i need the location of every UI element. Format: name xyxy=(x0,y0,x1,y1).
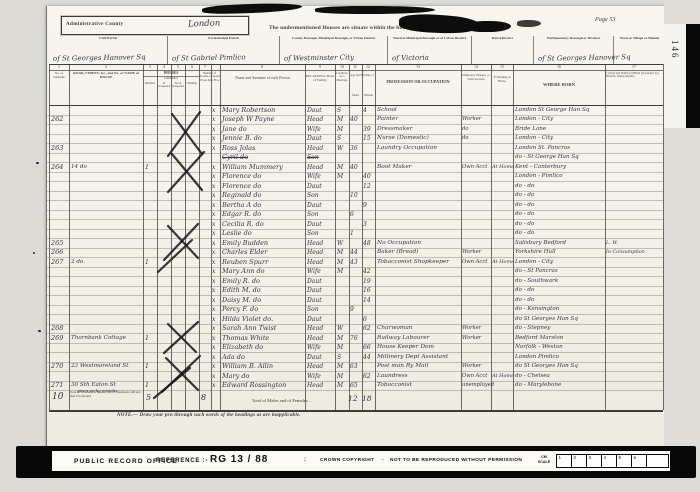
separator: - xyxy=(382,458,384,463)
cell-tick: x xyxy=(212,286,220,295)
cell-emp: Worker xyxy=(462,334,491,343)
cell-f: 48 xyxy=(363,239,375,248)
cell-f: 6 xyxy=(363,315,375,324)
col-header-0: No. of Schedule xyxy=(49,70,69,105)
cell-f: 16 xyxy=(363,286,375,295)
cell-cond: M xyxy=(337,115,349,124)
cell-addr: 14 do xyxy=(71,163,143,172)
cell-f: 39 xyxy=(363,125,375,134)
col-header-4: RELATION to Head of Family xyxy=(305,70,335,105)
cell-rel: Wife xyxy=(307,372,335,381)
cell-born: do - do xyxy=(515,210,605,219)
cell-tick: x xyxy=(212,201,220,210)
parish-field-value: of St Georges Hanover Sq xyxy=(53,53,146,63)
parish-field-value: of Victoria xyxy=(392,54,429,63)
cell-name: Edith M. do xyxy=(222,286,305,295)
cell-f: 44 xyxy=(363,353,375,362)
cell-tick: x xyxy=(212,191,220,200)
cell-cond: M xyxy=(337,362,349,371)
cell-f: 62 xyxy=(363,372,375,381)
cell-born: do - Southwark xyxy=(515,277,605,286)
age-group-label: Age last Birthday of xyxy=(349,70,375,90)
cell-born: London - City xyxy=(515,115,605,124)
cell-tick: x xyxy=(212,248,220,257)
cell-sched: 271 xyxy=(51,381,69,390)
cell-name: Jane do xyxy=(222,125,305,134)
cell-born: do - do xyxy=(515,201,605,210)
cell-tick: x xyxy=(212,182,220,191)
cell-cond: M xyxy=(337,258,349,267)
cell-sched: 262 xyxy=(51,115,69,124)
cell-inf: In Consumption xyxy=(606,248,662,257)
scan-speck xyxy=(33,252,35,254)
reference-label: REFERENCE :- xyxy=(156,458,208,464)
parish-field-0: Civil Parishof St Georges Hanover Sq xyxy=(49,36,167,64)
cell-f: 4 xyxy=(363,106,375,115)
cell-cond: M xyxy=(337,163,349,172)
cell-name: Ross Jolas xyxy=(222,144,305,153)
cell-tick: x xyxy=(212,125,220,134)
cell-rel: Head xyxy=(307,324,335,333)
cell-born: London St George Han Sq xyxy=(515,106,605,115)
cell-name: Percy F. do xyxy=(222,305,305,314)
cell-sched: 270 xyxy=(51,362,69,371)
houses-sub-label: Inhabited xyxy=(143,83,157,86)
cell-rel: Wife xyxy=(307,172,335,181)
cell-cond: S xyxy=(337,106,349,115)
cell-f: 15 xyxy=(363,134,375,143)
cell-emp: Worker xyxy=(462,324,491,333)
cell-tick: x xyxy=(212,305,220,314)
cell-name: Elizabeth do xyxy=(222,343,305,352)
cell-cond: M xyxy=(337,172,349,181)
cell-emp: do xyxy=(462,134,491,143)
cell-tick: x xyxy=(212,172,220,181)
parish-field-label: Ward of Municipal Borough or of Urban Di… xyxy=(388,37,471,41)
total-houses: 5 xyxy=(146,393,158,402)
cell-rel: Daut xyxy=(307,315,335,324)
table-rule-bottom xyxy=(49,410,663,412)
cell-born: London - Pimlico xyxy=(515,172,605,181)
cell-occ: Charwoman xyxy=(377,324,461,333)
col-header-age: Age last Birthday ofMalesFemales xyxy=(349,70,375,105)
cell-cond: M xyxy=(337,125,349,134)
scan-speck xyxy=(38,330,41,332)
census-form-paper: Administrative County London The underme… xyxy=(46,6,665,448)
parish-field-label: Parliamentary Borough or Division xyxy=(534,37,613,41)
cell-f: 62 xyxy=(363,324,375,333)
cell-rel: Daut xyxy=(307,277,335,286)
cell-f: 19 xyxy=(363,277,375,286)
cell-name: Thomas White xyxy=(222,334,305,343)
cell-rel: Daut xyxy=(307,201,335,210)
cell-tick: x xyxy=(212,229,220,238)
houses-sub-label: In Occupation xyxy=(157,83,171,89)
parish-field-label: Civil Parish xyxy=(49,37,167,41)
cell-name: Mary do xyxy=(222,372,305,381)
parish-field-2: County Borough, Municipal Borough, or Ur… xyxy=(279,36,387,64)
cell-name: Cecilia R. do xyxy=(222,220,305,229)
cell-rel: Head xyxy=(307,248,335,257)
scanned-census-page: Administrative County London The underme… xyxy=(0,0,700,492)
cell-tick: x xyxy=(212,163,220,172)
cell-rel: Head xyxy=(307,334,335,343)
cell-tick: x xyxy=(212,106,220,115)
cell-tick: x xyxy=(212,239,220,248)
page-number: Page 53 xyxy=(595,16,615,23)
cell-born: do - do xyxy=(515,296,605,305)
col-header-8: If Working at Home xyxy=(491,70,513,105)
cell-m: 44 xyxy=(350,248,362,257)
cell-f: 42 xyxy=(363,267,375,276)
cell-name: Charles Elder xyxy=(222,248,305,257)
total-males-females-label: Total of Males and of Females… xyxy=(217,396,347,405)
cell-born: do - do xyxy=(515,286,605,295)
cell-f: 40 xyxy=(363,172,375,181)
cell-name: Bertha A do xyxy=(222,201,305,210)
cell-born: Salisbury Bedford xyxy=(515,239,605,248)
cell-sched: 264 xyxy=(51,163,69,172)
cell-occ: Baker (Bread) xyxy=(377,248,461,257)
cell-name: Mary Ann do xyxy=(222,267,305,276)
cell-f: 66 xyxy=(363,343,375,352)
cell-tick: x xyxy=(212,210,220,219)
cell-m: 40 xyxy=(350,115,362,124)
cell-born: do - do xyxy=(515,229,605,238)
cell-emp: Worker xyxy=(462,115,491,124)
cell-cond: S xyxy=(337,353,349,362)
cell-rel: Head xyxy=(307,258,335,267)
cell-m: 76 xyxy=(350,334,362,343)
separator: : xyxy=(304,457,306,463)
cell-born: do - St Pancras xyxy=(515,267,605,276)
cell-name: William Mummery xyxy=(222,163,305,172)
cell-name: Mary Robertson xyxy=(222,106,305,115)
cell-name: Edward Rossington xyxy=(222,381,305,390)
cell-occ: Painter xyxy=(377,115,461,124)
cell-occ: Railway Labourer xyxy=(377,334,461,343)
cell-tick: x xyxy=(212,134,220,143)
cell-sched: 268 xyxy=(51,324,69,333)
col-header-9: WHERE BORN xyxy=(513,70,605,105)
cell-name: William B. Allin xyxy=(222,362,305,371)
cm-scale-segment-empty xyxy=(646,454,669,468)
cell-born: do - St George Han Sq xyxy=(515,153,605,162)
cell-tick: x xyxy=(212,296,220,305)
col-header-5: Condition as to Marriage xyxy=(335,70,349,105)
cell-rel: Head xyxy=(307,115,335,124)
cell-f: 12 xyxy=(363,182,375,191)
houses-group-label: HOUSES xyxy=(143,70,199,77)
cell-cond: W xyxy=(337,239,349,248)
cell-cond: M xyxy=(337,372,349,381)
cell-m: 1 xyxy=(350,229,362,238)
cell-m: 43 xyxy=(350,258,362,267)
col-header-1: ROAD, STREET, &c., and No. or NAME of HO… xyxy=(69,70,143,105)
cell-occ: Boot Maker xyxy=(377,163,461,172)
cell-rel: Head xyxy=(307,144,335,153)
cell-f: 3 xyxy=(363,220,375,229)
cell-born: do - do xyxy=(515,220,605,229)
cell-tick: x xyxy=(212,353,220,362)
cell-name: Reginald do xyxy=(222,191,305,200)
cell-tick: x xyxy=(212,115,220,124)
cell-born: do - Marylebone xyxy=(515,381,605,390)
cell-emp: unemployed xyxy=(462,381,491,390)
age-females-label: Females xyxy=(362,94,375,97)
cell-born: London Pimlico xyxy=(515,353,605,362)
parish-field-label: Town or Village or Hamlet xyxy=(614,37,665,41)
cell-occ: Laundry Occupation xyxy=(377,144,461,153)
cell-sched: 266 xyxy=(51,248,69,257)
cell-occ: House Keeper Dom xyxy=(377,343,461,352)
parish-field-label: Rural District xyxy=(472,37,533,41)
cell-born: Kent - Canterbury xyxy=(515,163,605,172)
totals-row: 10Total of Schedules of Houses and of Te… xyxy=(47,390,663,410)
cell-tick: x xyxy=(212,362,220,371)
cell-tick: x xyxy=(212,372,220,381)
cell-rel: Daut xyxy=(307,106,335,115)
cell-tick: x xyxy=(212,334,220,343)
parish-field-value: of Westminster City xyxy=(284,53,354,62)
houses-sub-label: Building xyxy=(185,83,199,86)
cell-f: 14 xyxy=(363,296,375,305)
cell-occ: Post man Ry Mail xyxy=(377,362,461,371)
cell-m: 63 xyxy=(350,362,362,371)
cell-rel: Head xyxy=(307,362,335,371)
cell-f: 9 xyxy=(363,201,375,210)
cell-tick: x xyxy=(212,267,220,276)
parish-field-3: Ward of Municipal Borough or of Urban Di… xyxy=(387,36,471,64)
cell-born: Bedford Marston xyxy=(515,334,605,343)
parish-field-label: Ecclesiastical Parish xyxy=(168,37,279,41)
cell-rel: Daut xyxy=(307,134,335,143)
cell-addr: 2 do. xyxy=(71,258,143,267)
cell-rel: Head xyxy=(307,239,335,248)
cell-born: do - Stepney xyxy=(515,324,605,333)
parish-field-value: of St Gabriel Pimlico xyxy=(172,53,246,62)
cell-born: do St Georges Han Sq xyxy=(515,362,605,371)
col-header-6: PROFESSION OR OCCUPATION xyxy=(375,70,461,105)
cell-cond: W xyxy=(337,324,349,333)
cell-sched: 267 xyxy=(51,258,69,267)
cell-occ: Tobacconist Shopkeeper xyxy=(377,258,461,267)
cell-tick: x xyxy=(212,324,220,333)
scan-speck xyxy=(36,162,39,164)
cell-tick: x xyxy=(212,381,220,390)
cell-home: At Home xyxy=(492,163,513,172)
cell-inhab: 1 xyxy=(145,258,157,267)
cell-rel: Wife xyxy=(307,343,335,352)
col-header-10: (1) Deaf and Dumb (2) Blind (3) Lunatic … xyxy=(605,70,663,105)
cell-name: Hilda Violet do. xyxy=(222,315,305,324)
cell-born: Yorkshire Hull xyxy=(515,248,605,257)
administrative-county-box: Administrative County London xyxy=(61,16,249,35)
parish-field-4: Rural District xyxy=(471,36,533,64)
cell-sched: 265 xyxy=(51,239,69,248)
reproduction-notice: NOT TO BE REPRODUCED WITHOUT PERMISSION xyxy=(390,458,522,463)
cell-born: do St Georges Han Sq xyxy=(515,315,605,324)
cell-name: Reuben Spurr xyxy=(222,258,305,267)
cell-tick: x xyxy=(212,277,220,286)
col-header-7: Employer, Worker, or Own account xyxy=(461,70,491,105)
pro-footer-bar: PUBLIC RECORD OFFICE REFERENCE :- RG 13 … xyxy=(52,451,670,471)
houses-sub-label: Not in Occupation xyxy=(171,83,185,89)
parish-field-label: County Borough, Municipal Borough, or Ur… xyxy=(280,37,387,41)
cell-emp: Worker xyxy=(462,248,491,257)
cell-inf: L. W. xyxy=(606,239,662,248)
col-header-houses: HOUSESUninhabitedInhabitedIn OccupationN… xyxy=(143,70,199,105)
ink-smudge xyxy=(202,2,302,14)
cell-name: Leslie do xyxy=(222,229,305,238)
cell-born: London - City xyxy=(515,134,605,143)
cell-sched: 269 xyxy=(51,334,69,343)
cm-scale-label: CM SCALE xyxy=(536,455,552,464)
cell-cond: S xyxy=(337,134,349,143)
cell-emp: Own Acct xyxy=(462,163,491,172)
cell-rel: Son xyxy=(307,305,335,314)
cell-addr: Thornbank Cottage xyxy=(71,334,143,343)
cell-m: 9 xyxy=(350,305,362,314)
cell-m: 36 xyxy=(350,144,362,153)
total-females: 18 xyxy=(362,394,376,403)
cell-rel: Daut xyxy=(307,286,335,295)
age-males-label: Males xyxy=(349,94,362,97)
col-header-2: Number of Rooms occupied if less than Fi… xyxy=(199,70,220,105)
parish-field-5: Parliamentary Borough or Divisionof St G… xyxy=(533,36,613,64)
cell-occ: Laundress xyxy=(377,372,461,381)
cell-born: Norfolk - Weston xyxy=(515,343,605,352)
total-schedules: 10 xyxy=(52,393,68,402)
cell-born: do - do xyxy=(515,182,605,191)
cell-born: London St. Pancras xyxy=(515,144,605,153)
cell-name: Emily R. do xyxy=(222,277,305,286)
cell-name: Edgar R. do xyxy=(222,210,305,219)
cell-born: Bride Lane xyxy=(515,125,605,134)
cell-name: Emily Budden xyxy=(222,239,305,248)
cell-occ: No Occupation xyxy=(377,239,461,248)
cell-inhab: 1 xyxy=(145,334,157,343)
cell-inhab: 1 xyxy=(145,381,157,390)
cell-name: Ada do xyxy=(222,353,305,362)
cell-name: Jennie B. do xyxy=(222,134,305,143)
cell-born: do - Kensington xyxy=(515,305,605,314)
cell-m: 6 xyxy=(350,210,362,219)
cell-rel: Wife xyxy=(307,125,335,134)
cell-born: do - do xyxy=(515,191,605,200)
crown-copyright-label: CROWN COPYRIGHT xyxy=(320,458,375,463)
cell-emp: Own Acct xyxy=(462,372,491,381)
cell-inhab: 1 xyxy=(145,163,157,172)
total-males: 12 xyxy=(348,394,361,403)
cell-home: At Home xyxy=(492,258,513,267)
cell-born: do - Chelsea xyxy=(515,372,605,381)
cell-cond: M xyxy=(337,343,349,352)
scan-black-edge xyxy=(686,24,700,128)
parish-field-6: Town or Village or Hamlet xyxy=(613,36,665,64)
cell-name: Sarah Ann Twist xyxy=(222,324,305,333)
reference-number: RG 13 / 88 xyxy=(210,454,268,465)
cell-m: 40 xyxy=(350,163,362,172)
cell-cond: M xyxy=(337,248,349,257)
cell-rel: Son xyxy=(307,153,335,162)
cell-inhab: 1 xyxy=(145,362,157,371)
cell-name: Florence do xyxy=(222,182,305,191)
parish-field-1: Ecclesiastical Parishof St Gabriel Pimli… xyxy=(167,36,279,64)
cell-rel: Head xyxy=(307,381,335,390)
ink-smudge xyxy=(517,20,541,27)
cell-name: Florence do xyxy=(222,172,305,181)
footnote: NOTE.— Draw your pen through such words … xyxy=(117,413,301,418)
cell-rel: Son xyxy=(307,229,335,238)
cell-rel: Wife xyxy=(307,267,335,276)
cell-occ: Millinery Dept Assistant xyxy=(377,353,461,362)
cell-tick: x xyxy=(212,144,220,153)
folio-stamp: 146 xyxy=(670,40,680,58)
cell-rel: Daut xyxy=(307,220,335,229)
cell-addr: 23 Westmoreland St xyxy=(71,362,143,371)
cell-rel: Son xyxy=(307,210,335,219)
cell-rel: Daut xyxy=(307,182,335,191)
cell-cond: M xyxy=(337,267,349,276)
cell-m: 65 xyxy=(350,381,362,390)
cell-tick: x xyxy=(212,315,220,324)
cell-emp: Own Acct xyxy=(462,258,491,267)
cell-name: Joseph W Payne xyxy=(222,115,305,124)
cell-rel: Daut xyxy=(307,353,335,362)
cell-rel: Son xyxy=(307,191,335,200)
cell-emp: do xyxy=(462,125,491,134)
cell-name: Cyril do xyxy=(222,153,305,162)
cell-tick: x xyxy=(212,258,220,267)
administrative-county-value: London xyxy=(188,18,221,29)
cell-cond: M xyxy=(337,381,349,390)
col-header-3: Name and Surname of each Person xyxy=(220,70,305,105)
cell-tick: x xyxy=(212,343,220,352)
cell-m: 10 xyxy=(350,191,362,200)
cell-occ: Dressmaker xyxy=(377,125,461,134)
ink-smudge xyxy=(315,6,435,14)
cell-cond: M xyxy=(337,334,349,343)
cell-occ: Nurse (Domestic) xyxy=(377,134,461,143)
cell-sched: 263 xyxy=(51,144,69,153)
cell-rel: Head xyxy=(307,163,335,172)
uninhabited-label: Uninhabited xyxy=(157,77,185,80)
cell-emp: Worker xyxy=(462,362,491,371)
cell-occ: School xyxy=(377,106,461,115)
cell-cond: W xyxy=(337,144,349,153)
cell-home: At Home xyxy=(492,372,513,381)
cell-occ: Tobacconist xyxy=(377,381,461,390)
total-rooms: 8 xyxy=(201,393,215,402)
administrative-county-label: Administrative County xyxy=(66,21,123,27)
cell-rel: Daut xyxy=(307,296,335,305)
total-schedules-label: Total of Schedules of Houses and of Tene… xyxy=(70,391,142,398)
cell-name: Daisy M. do xyxy=(222,296,305,305)
cell-born: London - City xyxy=(515,258,605,267)
cell-tick: x xyxy=(212,220,220,229)
